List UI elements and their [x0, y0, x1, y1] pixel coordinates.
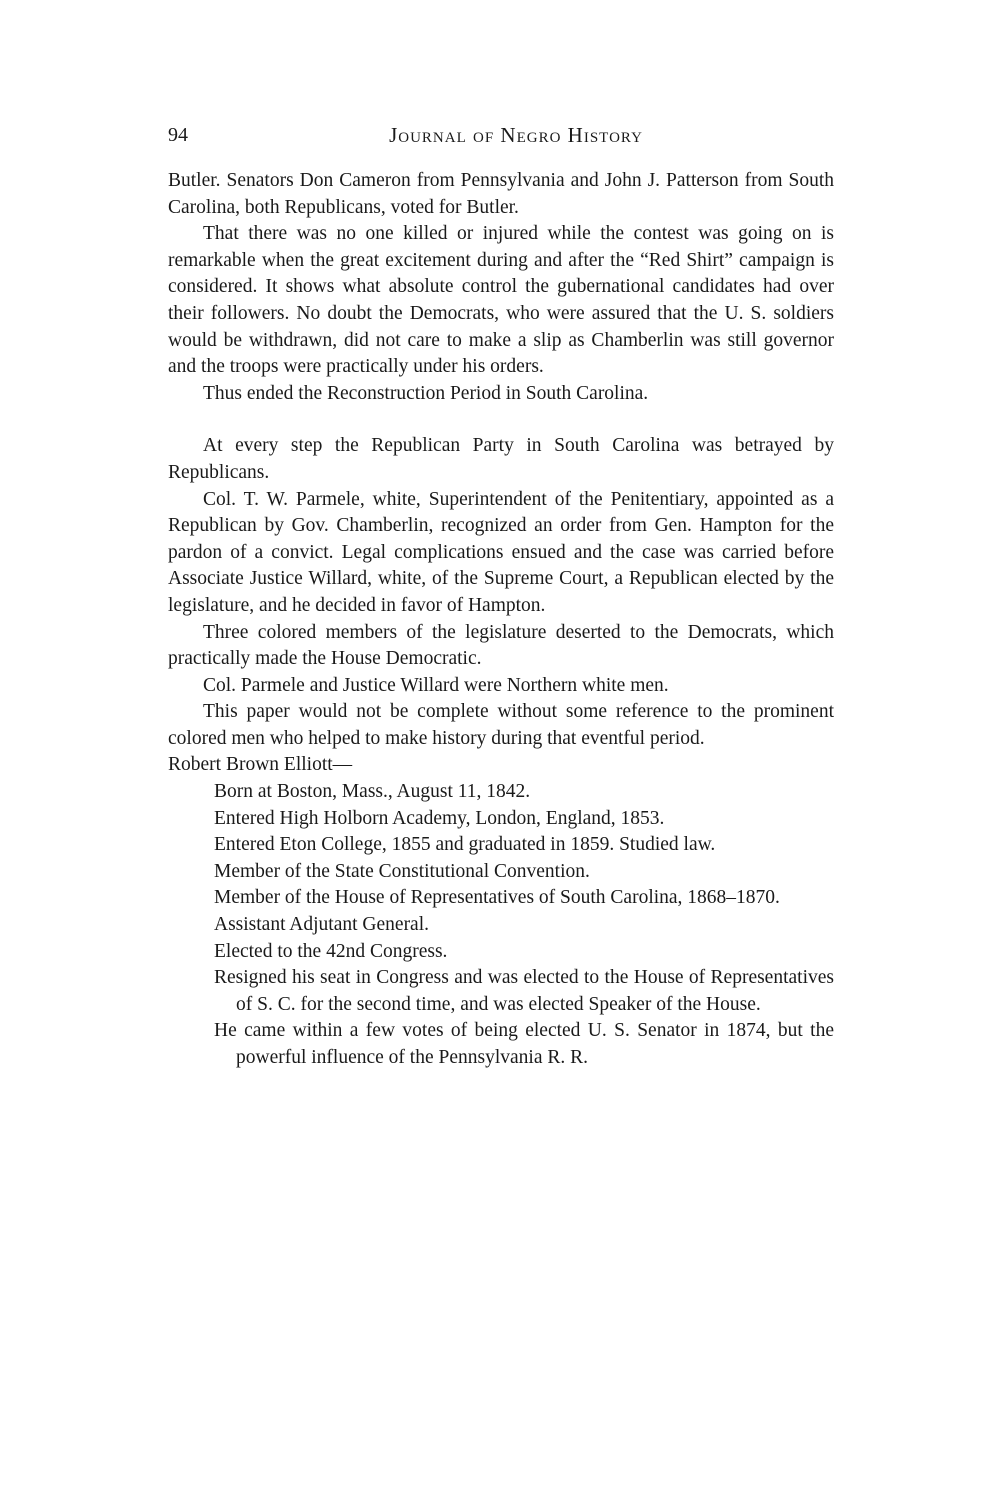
biography-item-text: Member of the House of Representatives o… [214, 885, 834, 912]
biography-item-text: He came within a few votes of being elec… [214, 1018, 834, 1071]
paragraph: This paper would not be complete without… [168, 699, 834, 752]
running-head: Journal of Negro History [168, 122, 834, 149]
biography-item-text: Entered Eton College, 1855 and graduated… [214, 832, 834, 859]
biography-item: He came within a few votes of being elec… [214, 1018, 834, 1071]
document-page: 94 Journal of Negro History Butler. Sena… [168, 122, 834, 1072]
paragraph: At every step the Republican Party in So… [168, 433, 834, 486]
biography-item: Resigned his seat in Congress and was el… [214, 965, 834, 1018]
paragraph: That there was no one killed or injured … [168, 221, 834, 381]
biography-item: Born at Boston, Mass., August 11, 1842. [214, 779, 834, 806]
paragraph: Three colored members of the legislature… [168, 620, 834, 673]
paragraph: Col. Parmele and Justice Willard were No… [168, 673, 834, 700]
biography-item-text: Entered High Holborn Academy, London, En… [214, 806, 834, 833]
paragraph: Thus ended the Reconstruction Period in … [168, 381, 834, 408]
biography-name: Robert Brown Elliott— [168, 752, 834, 779]
biography-item-text: Member of the State Constitutional Conve… [214, 859, 834, 886]
biography-item-text: Resigned his seat in Congress and was el… [214, 965, 834, 1018]
page-header: 94 Journal of Negro History [168, 122, 834, 150]
biography-item: Entered Eton College, 1855 and graduated… [214, 832, 834, 859]
biography-item-text: Born at Boston, Mass., August 11, 1842. [214, 779, 834, 806]
section-break [168, 407, 834, 433]
biography-item: Member of the House of Representatives o… [214, 885, 834, 912]
biography-item-text: Assistant Adjutant General. [214, 912, 834, 939]
biography-list: Born at Boston, Mass., August 11, 1842. … [168, 779, 834, 1072]
paragraph: Col. T. W. Parmele, white, Superintenden… [168, 487, 834, 620]
biography-item: Elected to the 42nd Congress. [214, 939, 834, 966]
biography-item: Entered High Holborn Academy, London, En… [214, 806, 834, 833]
paragraph: Butler. Senators Don Cameron from Pennsy… [168, 168, 834, 221]
biography-item: Member of the State Constitutional Conve… [214, 859, 834, 886]
biography-item-text: Elected to the 42nd Congress. [214, 939, 834, 966]
biography-item: Assistant Adjutant General. [214, 912, 834, 939]
